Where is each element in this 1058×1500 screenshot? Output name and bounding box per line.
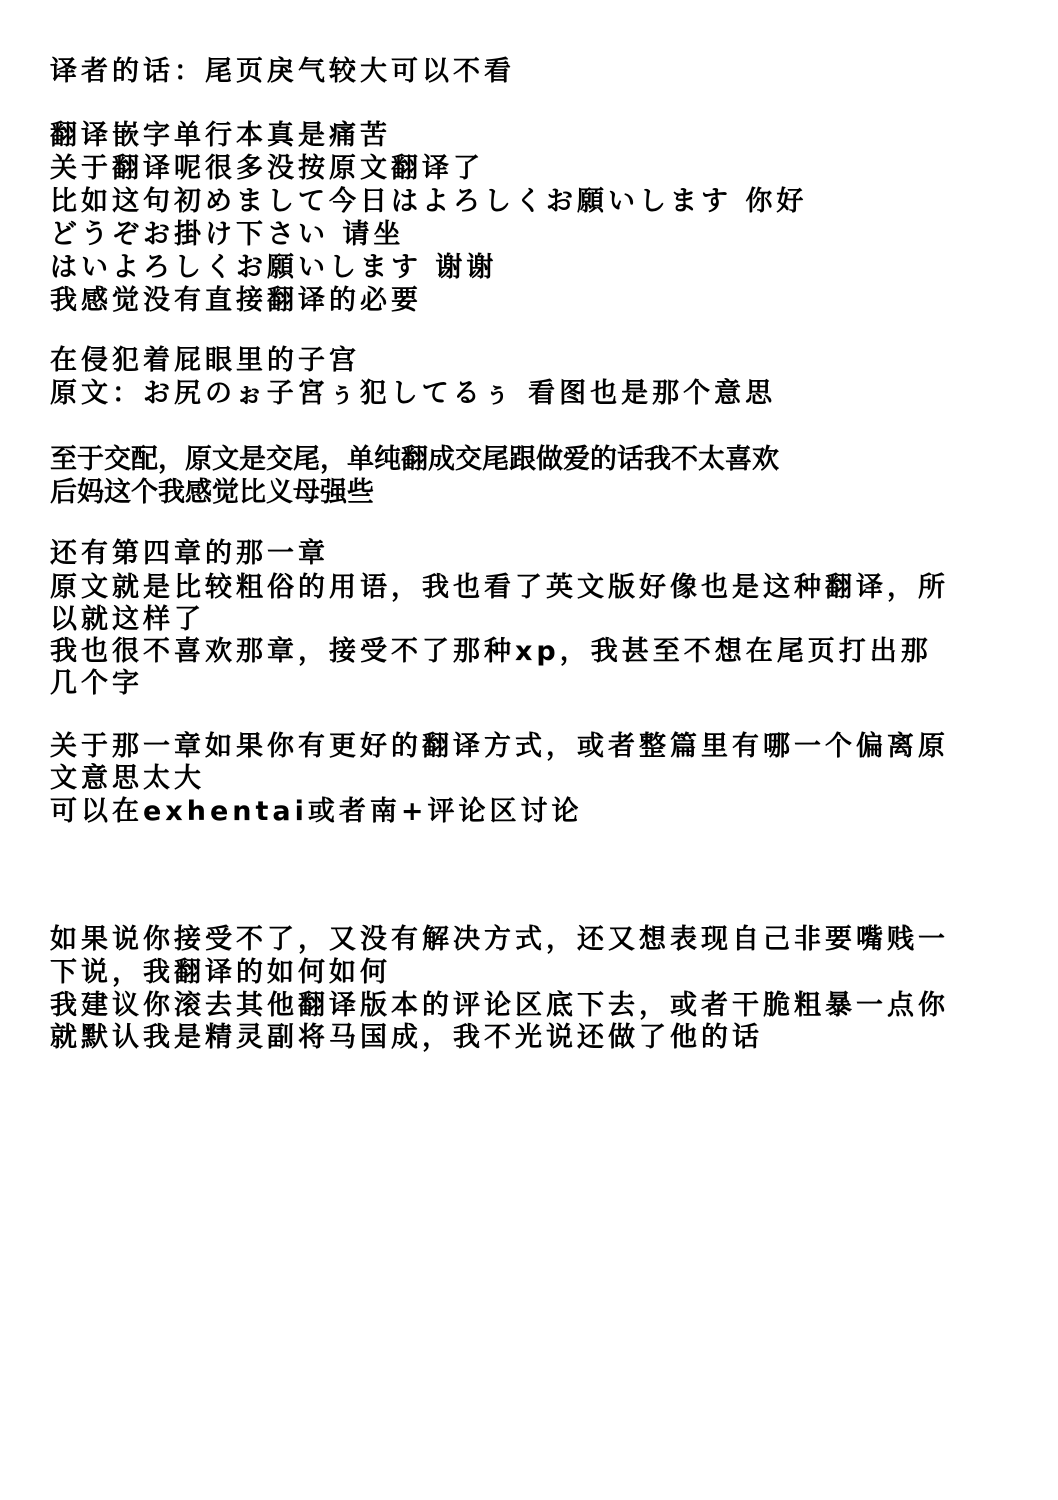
text-line: 比如这句初めまして今日はよろしくお願いします 你好 bbox=[50, 186, 807, 218]
text-line: 就默认我是精灵副将马国成，我不光说还做了他的话 bbox=[50, 1022, 763, 1054]
text-line: 后妈这个我感觉比义母强些 bbox=[50, 477, 374, 509]
translator-note-page: 译者的话：尾页戾气较大可以不看 翻译嵌字单行本真是痛苦 关于翻译呢很多没按原文翻… bbox=[0, 0, 1058, 1500]
text-line: どうぞお掛け下さい 请坐 bbox=[50, 219, 404, 251]
text-line: はいよろしくお願いします 谢谢 bbox=[50, 252, 497, 284]
text-line: 原文就是比较粗俗的用语，我也看了英文版好像也是这种翻译，所 bbox=[50, 572, 949, 604]
text-line: 可以在exhentai或者南+评论区讨论 bbox=[50, 796, 583, 828]
text-line: 原文：お尻のぉ子宮ぅ犯してるぅ 看图也是那个意思 bbox=[50, 378, 776, 410]
text-line: 几个字 bbox=[50, 668, 143, 700]
text-line: 我感觉没有直接翻译的必要 bbox=[50, 285, 422, 317]
text-line: 我建议你滚去其他翻译版本的评论区底下去，或者干脆粗暴一点你 bbox=[50, 990, 949, 1022]
text-line: 翻译嵌字单行本真是痛苦 bbox=[50, 120, 391, 152]
note-heading: 译者的话：尾页戾气较大可以不看 bbox=[50, 56, 515, 88]
text-line: 关于翻译呢很多没按原文翻译了 bbox=[50, 153, 484, 185]
text-line: 我也很不喜欢那章，接受不了那种xp，我甚至不想在尾页打出那 bbox=[50, 636, 932, 668]
text-line: 还有第四章的那一章 bbox=[50, 538, 329, 570]
text-line: 在侵犯着屁眼里的子宫 bbox=[50, 345, 360, 377]
text-line: 至于交配，原文是交尾，单纯翻成交尾跟做爱的话我不太喜欢 bbox=[50, 444, 779, 476]
text-line: 关于那一章如果你有更好的翻译方式，或者整篇里有哪一个偏离原 bbox=[50, 731, 949, 763]
text-line: 如果说你接受不了，又没有解决方式，还又想表现自己非要嘴贱一 bbox=[50, 924, 949, 956]
text-line: 下说，我翻译的如何如何 bbox=[50, 957, 391, 989]
text-line: 以就这样了 bbox=[50, 604, 205, 636]
text-line: 文意思太大 bbox=[50, 763, 205, 795]
